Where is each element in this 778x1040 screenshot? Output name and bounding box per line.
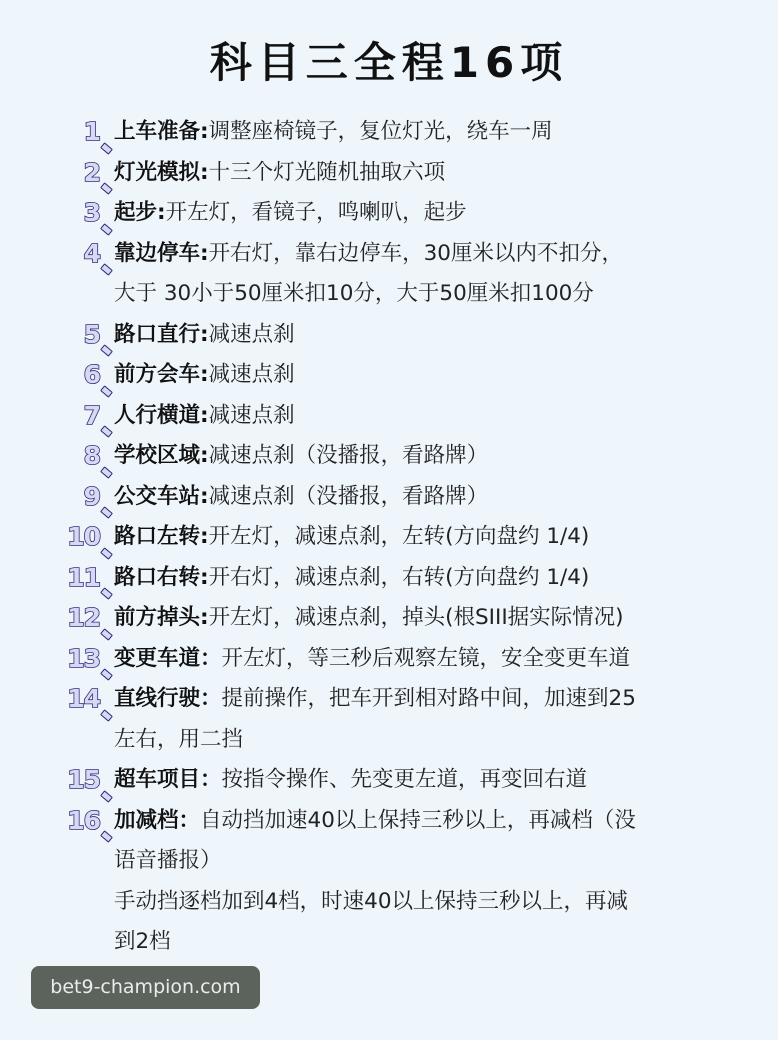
enumeration-comma-icon bbox=[100, 709, 113, 721]
list-item: 8学校区域:减速点刹（没播报，看路牌） bbox=[52, 436, 752, 477]
item-number-badge: 6 bbox=[52, 355, 112, 396]
item-label: 加减档： bbox=[114, 808, 200, 833]
list-item: 1上车准备:调整座椅镜子，复位灯光，绕车一周 bbox=[52, 112, 752, 153]
item-label: 前方会车: bbox=[114, 362, 209, 387]
item-number-badge: 10 bbox=[52, 517, 112, 558]
item-number-badge: 15 bbox=[52, 760, 112, 801]
item-label: 超车项目： bbox=[114, 767, 222, 792]
item-description: 减速点刹 bbox=[209, 362, 295, 387]
item-description: 减速点刹（没播报，看路牌） bbox=[209, 484, 489, 509]
item-number: 15 bbox=[67, 765, 100, 794]
item-number-badge: 3 bbox=[52, 193, 112, 234]
item-number: 4 bbox=[84, 239, 100, 268]
list-item: 3起步:开左灯，看镜子，鸣喇叭，起步 bbox=[52, 193, 752, 234]
item-description-continued: 左右，用二挡 bbox=[114, 720, 752, 761]
item-description: 减速点刹（没播报，看路牌） bbox=[209, 443, 489, 468]
item-description: 开左灯，等三秒后观察左镜，安全变更车道 bbox=[222, 646, 631, 671]
item-number: 13 bbox=[67, 644, 100, 673]
item-number-badge: 1 bbox=[52, 112, 112, 153]
item-description-continued: 大于 30小于50厘米扣10分，大于50厘米扣100分 bbox=[114, 274, 752, 315]
item-line: 灯光模拟:十三个灯光随机抽取六项 bbox=[114, 153, 752, 194]
item-line: 靠边停车:开右灯，靠右边停车，30厘米以内不扣分， bbox=[114, 234, 752, 275]
item-description: 开左灯，减速点刹，左转(方向盘约 1/4) bbox=[209, 524, 590, 549]
item-description-continued: 手动挡逐档加到4档，时速40以上保持三秒以上，再减 bbox=[114, 882, 752, 923]
list-item: 2灯光模拟:十三个灯光随机抽取六项 bbox=[52, 153, 752, 194]
list-item: 14直线行驶：提前操作，把车开到相对路中间，加速到25左右，用二挡 bbox=[52, 679, 752, 760]
item-line: 加减档：自动挡加速40以上保持三秒以上，再减档（没 bbox=[114, 801, 752, 842]
item-line: 超车项目：按指令操作、先变更左道，再变回右道 bbox=[114, 760, 752, 801]
item-label: 靠边停车: bbox=[114, 241, 209, 266]
item-description-continued: 到2档 bbox=[114, 922, 752, 963]
list-item: 7人行横道:减速点刹 bbox=[52, 396, 752, 437]
item-number: 5 bbox=[84, 320, 100, 349]
item-line: 起步:开左灯，看镜子，鸣喇叭，起步 bbox=[114, 193, 752, 234]
item-description: 开左灯，减速点刹，掉头(根SIII据实际情况) bbox=[209, 605, 624, 630]
item-number-badge: 11 bbox=[52, 558, 112, 599]
item-number-badge: 4 bbox=[52, 234, 112, 275]
item-number-badge: 2 bbox=[52, 153, 112, 194]
item-number: 16 bbox=[67, 806, 100, 835]
item-label: 路口右转: bbox=[114, 565, 209, 590]
watermark-badge: bet9-champion.com bbox=[31, 966, 260, 1009]
item-number: 7 bbox=[84, 401, 100, 430]
item-number: 8 bbox=[84, 441, 100, 470]
item-line: 前方会车:减速点刹 bbox=[114, 355, 752, 396]
item-number: 9 bbox=[84, 482, 100, 511]
item-line: 路口左转:开左灯，减速点刹，左转(方向盘约 1/4) bbox=[114, 517, 752, 558]
item-number-badge: 8 bbox=[52, 436, 112, 477]
enumeration-comma-icon bbox=[100, 830, 113, 842]
list-item: 13变更车道：开左灯，等三秒后观察左镜，安全变更车道 bbox=[52, 639, 752, 680]
item-number: 1 bbox=[84, 117, 100, 146]
item-description-continued: 语音播报） bbox=[114, 841, 752, 882]
item-description: 开右灯，靠右边停车，30厘米以内不扣分， bbox=[209, 241, 623, 266]
item-number-badge: 9 bbox=[52, 477, 112, 518]
list-item: 15超车项目：按指令操作、先变更左道，再变回右道 bbox=[52, 760, 752, 801]
item-number: 3 bbox=[84, 198, 100, 227]
list-item: 4靠边停车:开右灯，靠右边停车，30厘米以内不扣分，大于 30小于50厘米扣10… bbox=[52, 234, 752, 315]
item-number: 10 bbox=[67, 522, 100, 551]
item-label: 路口直行: bbox=[114, 322, 209, 347]
item-number: 6 bbox=[84, 360, 100, 389]
item-number-badge: 7 bbox=[52, 396, 112, 437]
item-line: 上车准备:调整座椅镜子，复位灯光，绕车一周 bbox=[114, 112, 752, 153]
list-item: 9公交车站:减速点刹（没播报，看路牌） bbox=[52, 477, 752, 518]
item-line: 路口右转:开右灯，减速点刹，右转(方向盘约 1/4) bbox=[114, 558, 752, 599]
item-line: 前方掉头:开左灯，减速点刹，掉头(根SIII据实际情况) bbox=[114, 598, 752, 639]
item-description: 开右灯，减速点刹，右转(方向盘约 1/4) bbox=[209, 565, 590, 590]
list-item: 16加减档：自动挡加速40以上保持三秒以上，再减档（没语音播报）手动挡逐档加到4… bbox=[52, 801, 752, 963]
item-label: 公交车站: bbox=[114, 484, 209, 509]
item-number-badge: 14 bbox=[52, 679, 112, 720]
item-description: 减速点刹 bbox=[209, 322, 295, 347]
item-description: 减速点刹 bbox=[209, 403, 295, 428]
item-number-badge: 5 bbox=[52, 315, 112, 356]
item-line: 公交车站:减速点刹（没播报，看路牌） bbox=[114, 477, 752, 518]
item-number-badge: 13 bbox=[52, 639, 112, 680]
list-item: 12前方掉头:开左灯，减速点刹，掉头(根SIII据实际情况) bbox=[52, 598, 752, 639]
item-line: 人行横道:减速点刹 bbox=[114, 396, 752, 437]
item-number: 11 bbox=[67, 563, 100, 592]
item-label: 前方掉头: bbox=[114, 605, 209, 630]
item-list: 1上车准备:调整座椅镜子，复位灯光，绕车一周2灯光模拟:十三个灯光随机抽取六项3… bbox=[52, 112, 752, 963]
item-line: 变更车道：开左灯，等三秒后观察左镜，安全变更车道 bbox=[114, 639, 752, 680]
item-label: 直线行驶： bbox=[114, 686, 222, 711]
item-label: 路口左转: bbox=[114, 524, 209, 549]
item-label: 起步: bbox=[114, 200, 166, 225]
item-number-badge: 16 bbox=[52, 801, 112, 842]
item-label: 学校区域: bbox=[114, 443, 209, 468]
item-description: 提前操作，把车开到相对路中间，加速到25 bbox=[222, 686, 636, 711]
list-item: 6前方会车:减速点刹 bbox=[52, 355, 752, 396]
item-label: 变更车道： bbox=[114, 646, 222, 671]
item-line: 直线行驶：提前操作，把车开到相对路中间，加速到25 bbox=[114, 679, 752, 720]
item-label: 人行横道: bbox=[114, 403, 209, 428]
item-number: 2 bbox=[84, 158, 100, 187]
page-title: 科目三全程16项 bbox=[0, 30, 778, 90]
item-description: 按指令操作、先变更左道，再变回右道 bbox=[222, 767, 588, 792]
item-line: 学校区域:减速点刹（没播报，看路牌） bbox=[114, 436, 752, 477]
item-label: 灯光模拟: bbox=[114, 160, 209, 185]
item-description: 十三个灯光随机抽取六项 bbox=[209, 160, 446, 185]
item-description: 自动挡加速40以上保持三秒以上，再减档（没 bbox=[200, 808, 636, 833]
list-item: 10路口左转:开左灯，减速点刹，左转(方向盘约 1/4) bbox=[52, 517, 752, 558]
item-line: 路口直行:减速点刹 bbox=[114, 315, 752, 356]
item-description: 开左灯，看镜子，鸣喇叭，起步 bbox=[166, 200, 467, 225]
item-number: 12 bbox=[67, 603, 100, 632]
list-item: 5路口直行:减速点刹 bbox=[52, 315, 752, 356]
item-number: 14 bbox=[67, 684, 100, 713]
enumeration-comma-icon bbox=[100, 263, 113, 275]
item-label: 上车准备: bbox=[114, 119, 209, 144]
list-item: 11路口右转:开右灯，减速点刹，右转(方向盘约 1/4) bbox=[52, 558, 752, 599]
item-number-badge: 12 bbox=[52, 598, 112, 639]
item-description: 调整座椅镜子，复位灯光，绕车一周 bbox=[209, 119, 553, 144]
